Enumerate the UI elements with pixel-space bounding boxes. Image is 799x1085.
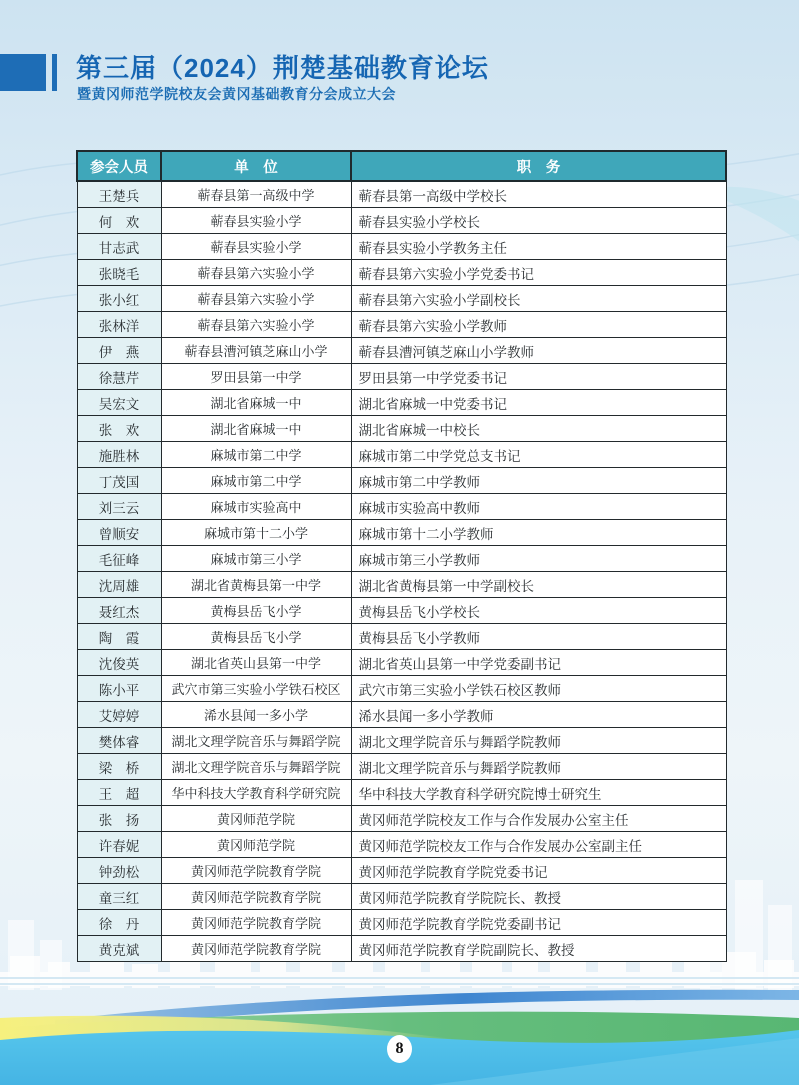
table-row: 张 扬黄冈师范学院黄冈师范学院校友工作与合作发展办公室主任 (77, 806, 726, 832)
cell-position: 黄冈师范学院校友工作与合作发展办公室主任 (351, 806, 726, 832)
cell-unit: 华中科技大学教育科学研究院 (161, 780, 351, 806)
cell-unit: 蕲春县实验小学 (161, 208, 351, 234)
cell-position: 黄冈师范学院教育学院党委书记 (351, 858, 726, 884)
table-row: 甘志武蕲春县实验小学蕲春县实验小学教务主任 (77, 234, 726, 260)
cell-unit: 湖北省英山县第一中学 (161, 650, 351, 676)
cell-name: 张小红 (77, 286, 161, 312)
cell-position: 麻城市第十二小学教师 (351, 520, 726, 546)
table-row: 伊 燕蕲春县漕河镇芝麻山小学蕲春县漕河镇芝麻山小学教师 (77, 338, 726, 364)
cell-name: 沈周雄 (77, 572, 161, 598)
cell-name: 吴宏文 (77, 390, 161, 416)
table-row: 钟劲松黄冈师范学院教育学院黄冈师范学院教育学院党委书记 (77, 858, 726, 884)
cell-unit: 湖北文理学院音乐与舞蹈学院 (161, 728, 351, 754)
cell-position: 湖北省黄梅县第一中学副校长 (351, 572, 726, 598)
cell-position: 湖北省麻城一中校长 (351, 416, 726, 442)
table-row: 何 欢蕲春县实验小学蕲春县实验小学校长 (77, 208, 726, 234)
cell-position: 黄梅县岳飞小学教师 (351, 624, 726, 650)
cell-unit: 武穴市第三实验小学铁石校区 (161, 676, 351, 702)
cell-unit: 蕲春县第六实验小学 (161, 260, 351, 286)
table-row: 丁茂国麻城市第二中学麻城市第二中学教师 (77, 468, 726, 494)
table-row: 吴宏文湖北省麻城一中湖北省麻城一中党委书记 (77, 390, 726, 416)
cell-position: 黄梅县岳飞小学校长 (351, 598, 726, 624)
header-accent-bar (52, 54, 57, 91)
table-row: 聂红杰黄梅县岳飞小学黄梅县岳飞小学校长 (77, 598, 726, 624)
participants-table: 参会人员 单 位 职 务 王楚兵蕲春县第一高级中学蕲春县第一高级中学校长何 欢蕲… (76, 150, 727, 962)
page-number-badge: 8 (387, 1035, 412, 1063)
cell-unit: 湖北省黄梅县第一中学 (161, 572, 351, 598)
cell-name: 梁 桥 (77, 754, 161, 780)
table-row: 樊体睿湖北文理学院音乐与舞蹈学院湖北文理学院音乐与舞蹈学院教师 (77, 728, 726, 754)
table-row: 许春妮黄冈师范学院黄冈师范学院校友工作与合作发展办公室副主任 (77, 832, 726, 858)
cell-unit: 黄梅县岳飞小学 (161, 624, 351, 650)
cell-name: 王 超 (77, 780, 161, 806)
cell-unit: 黄冈师范学院教育学院 (161, 936, 351, 962)
table-row: 毛征峰麻城市第三小学麻城市第三小学教师 (77, 546, 726, 572)
table-header-row: 参会人员 单 位 职 务 (77, 151, 726, 181)
table-row: 沈俊英湖北省英山县第一中学湖北省英山县第一中学党委副书记 (77, 650, 726, 676)
cell-name: 陈小平 (77, 676, 161, 702)
cell-unit: 罗田县第一中学 (161, 364, 351, 390)
cell-position: 罗田县第一中学党委书记 (351, 364, 726, 390)
cell-unit: 麻城市第二中学 (161, 468, 351, 494)
cell-position: 黄冈师范学院教育学院副院长、教授 (351, 936, 726, 962)
cell-unit: 黄冈师范学院教育学院 (161, 858, 351, 884)
cell-name: 毛征峰 (77, 546, 161, 572)
cell-name: 沈俊英 (77, 650, 161, 676)
cell-name: 甘志武 (77, 234, 161, 260)
column-header-participant: 参会人员 (77, 151, 161, 181)
cell-position: 麻城市实验高中教师 (351, 494, 726, 520)
cell-name: 陶 霞 (77, 624, 161, 650)
page-number: 8 (396, 1040, 404, 1058)
cell-name: 张晓毛 (77, 260, 161, 286)
cell-name: 张 扬 (77, 806, 161, 832)
cell-name: 聂红杰 (77, 598, 161, 624)
cell-position: 麻城市第三小学教师 (351, 546, 726, 572)
cell-unit: 黄冈师范学院教育学院 (161, 910, 351, 936)
column-header-position: 职 务 (351, 151, 726, 181)
table-row: 童三红黄冈师范学院教育学院黄冈师范学院教育学院院长、教授 (77, 884, 726, 910)
cell-position: 黄冈师范学院教育学院党委副书记 (351, 910, 726, 936)
table-row: 张林洋蕲春县第六实验小学蕲春县第六实验小学教师 (77, 312, 726, 338)
cell-name: 徐慧芹 (77, 364, 161, 390)
cell-name: 艾婷婷 (77, 702, 161, 728)
cell-unit: 浠水县闻一多小学 (161, 702, 351, 728)
table-row: 徐慧芹罗田县第一中学罗田县第一中学党委书记 (77, 364, 726, 390)
table-row: 张 欢湖北省麻城一中湖北省麻城一中校长 (77, 416, 726, 442)
cell-position: 湖北省麻城一中党委书记 (351, 390, 726, 416)
cell-position: 蕲春县第六实验小学教师 (351, 312, 726, 338)
cell-name: 丁茂国 (77, 468, 161, 494)
cell-position: 浠水县闻一多小学教师 (351, 702, 726, 728)
cell-unit: 湖北省麻城一中 (161, 416, 351, 442)
table-row: 梁 桥湖北文理学院音乐与舞蹈学院湖北文理学院音乐与舞蹈学院教师 (77, 754, 726, 780)
cell-unit: 黄梅县岳飞小学 (161, 598, 351, 624)
header-accent-block (0, 54, 46, 91)
cell-position: 蕲春县实验小学教务主任 (351, 234, 726, 260)
table-row: 艾婷婷浠水县闻一多小学浠水县闻一多小学教师 (77, 702, 726, 728)
table-row: 张小红蕲春县第六实验小学蕲春县第六实验小学副校长 (77, 286, 726, 312)
table-row: 施胜林麻城市第二中学麻城市第二中学党总支书记 (77, 442, 726, 468)
table-body: 王楚兵蕲春县第一高级中学蕲春县第一高级中学校长何 欢蕲春县实验小学蕲春县实验小学… (77, 181, 726, 962)
cell-unit: 蕲春县实验小学 (161, 234, 351, 260)
table-row: 刘三云麻城市实验高中麻城市实验高中教师 (77, 494, 726, 520)
table-row: 陈小平武穴市第三实验小学铁石校区武穴市第三实验小学铁石校区教师 (77, 676, 726, 702)
cell-position: 黄冈师范学院教育学院院长、教授 (351, 884, 726, 910)
cell-position: 蕲春县第一高级中学校长 (351, 181, 726, 208)
cell-unit: 黄冈师范学院 (161, 806, 351, 832)
cell-unit: 麻城市第三小学 (161, 546, 351, 572)
cell-unit: 麻城市实验高中 (161, 494, 351, 520)
cell-position: 麻城市第二中学党总支书记 (351, 442, 726, 468)
cell-name: 童三红 (77, 884, 161, 910)
cell-unit: 蕲春县第六实验小学 (161, 312, 351, 338)
cell-name: 伊 燕 (77, 338, 161, 364)
cell-name: 许春妮 (77, 832, 161, 858)
cell-position: 蕲春县第六实验小学副校长 (351, 286, 726, 312)
cell-name: 刘三云 (77, 494, 161, 520)
cell-name: 王楚兵 (77, 181, 161, 208)
table-row: 张晓毛蕲春县第六实验小学蕲春县第六实验小学党委书记 (77, 260, 726, 286)
cell-position: 湖北文理学院音乐与舞蹈学院教师 (351, 728, 726, 754)
table-row: 王 超华中科技大学教育科学研究院华中科技大学教育科学研究院博士研究生 (77, 780, 726, 806)
cell-unit: 湖北省麻城一中 (161, 390, 351, 416)
cell-name: 何 欢 (77, 208, 161, 234)
page-title: 第三届（2024）荆楚基础教育论坛 (76, 48, 489, 85)
cell-name: 钟劲松 (77, 858, 161, 884)
cell-position: 蕲春县实验小学校长 (351, 208, 726, 234)
table-row: 徐 丹黄冈师范学院教育学院黄冈师范学院教育学院党委副书记 (77, 910, 726, 936)
table-row: 沈周雄湖北省黄梅县第一中学湖北省黄梅县第一中学副校长 (77, 572, 726, 598)
cell-name: 张林洋 (77, 312, 161, 338)
column-header-unit: 单 位 (161, 151, 351, 181)
cell-position: 湖北文理学院音乐与舞蹈学院教师 (351, 754, 726, 780)
cell-position: 黄冈师范学院校友工作与合作发展办公室副主任 (351, 832, 726, 858)
cell-name: 樊体睿 (77, 728, 161, 754)
cell-position: 蕲春县漕河镇芝麻山小学教师 (351, 338, 726, 364)
table-row: 黄克斌黄冈师范学院教育学院黄冈师范学院教育学院副院长、教授 (77, 936, 726, 962)
cell-name: 张 欢 (77, 416, 161, 442)
cell-unit: 黄冈师范学院 (161, 832, 351, 858)
cell-position: 武穴市第三实验小学铁石校区教师 (351, 676, 726, 702)
cell-unit: 蕲春县第一高级中学 (161, 181, 351, 208)
cell-unit: 麻城市第十二小学 (161, 520, 351, 546)
cell-name: 徐 丹 (77, 910, 161, 936)
cell-position: 湖北省英山县第一中学党委副书记 (351, 650, 726, 676)
cell-unit: 麻城市第二中学 (161, 442, 351, 468)
table-row: 王楚兵蕲春县第一高级中学蕲春县第一高级中学校长 (77, 181, 726, 208)
page-subtitle: 暨黄冈师范学院校友会黄冈基础教育分会成立大会 (77, 84, 396, 104)
cell-name: 施胜林 (77, 442, 161, 468)
cell-unit: 黄冈师范学院教育学院 (161, 884, 351, 910)
cell-name: 曾顺安 (77, 520, 161, 546)
cell-position: 华中科技大学教育科学研究院博士研究生 (351, 780, 726, 806)
cell-unit: 蕲春县第六实验小学 (161, 286, 351, 312)
cell-unit: 湖北文理学院音乐与舞蹈学院 (161, 754, 351, 780)
cell-name: 黄克斌 (77, 936, 161, 962)
cell-unit: 蕲春县漕河镇芝麻山小学 (161, 338, 351, 364)
table-row: 陶 霞黄梅县岳飞小学黄梅县岳飞小学教师 (77, 624, 726, 650)
cell-position: 麻城市第二中学教师 (351, 468, 726, 494)
table-row: 曾顺安麻城市第十二小学麻城市第十二小学教师 (77, 520, 726, 546)
cell-position: 蕲春县第六实验小学党委书记 (351, 260, 726, 286)
